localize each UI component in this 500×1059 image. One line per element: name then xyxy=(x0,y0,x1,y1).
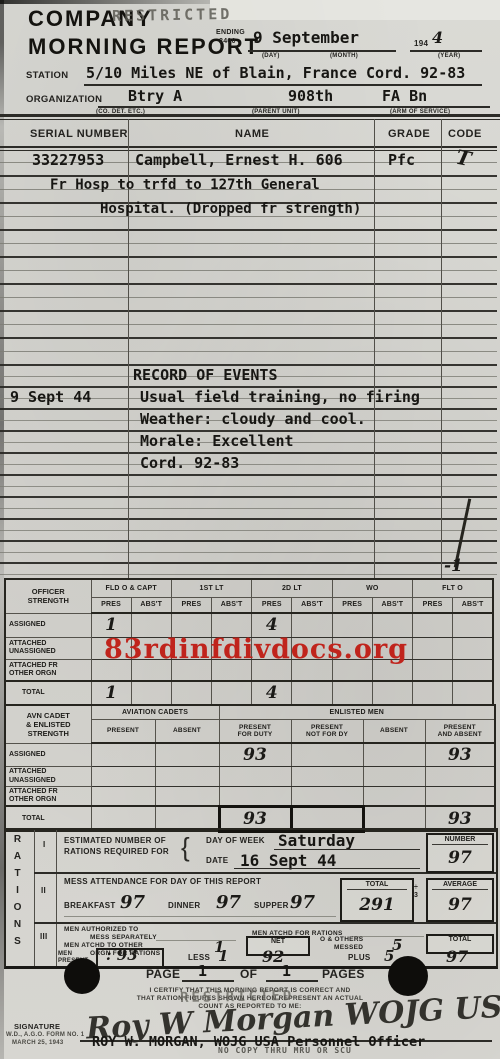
form-id-line-2: MARCH 25, 1943 xyxy=(12,1040,64,1046)
enlisted-value-cell: 93 xyxy=(219,743,291,767)
number-box-value: 97 xyxy=(448,845,472,871)
roster-header-rule xyxy=(0,146,497,148)
row-label-attached-unassigned: ATTACHED UNASSIGNED xyxy=(5,637,91,659)
day-caption: (DAY) xyxy=(262,53,280,59)
entry-remark-line2: Fr Hosp to trfd to 127th General xyxy=(50,177,320,193)
enlisted-value-cell xyxy=(363,743,425,767)
rations-date-underline xyxy=(234,868,420,869)
enlisted-value-cell xyxy=(425,787,495,807)
entry-remark-line3: Hospital. (Dropped fr strength) xyxy=(100,201,361,217)
men-authorized-label-1: MEN AUTHORIZED TO xyxy=(64,926,138,933)
station-label: STATION xyxy=(26,70,68,81)
group-1st-lt: 1ST LT xyxy=(171,579,251,597)
year-digit: 4 xyxy=(432,28,443,47)
enlisted-value-cell xyxy=(155,743,219,767)
breakfast-label: BREAKFAST xyxy=(64,901,116,910)
numeral-i: I xyxy=(43,840,46,849)
column-header-name: NAME xyxy=(235,128,269,140)
station-underline xyxy=(84,84,482,86)
group-2d-lt: 2D LT xyxy=(252,579,332,597)
pages-value: 1 xyxy=(282,962,291,980)
less-label: LESS xyxy=(188,953,210,962)
rations-row-divider-2 xyxy=(34,922,496,924)
mess-attendance-label: MESS ATTENDANCE FOR DAY OF THIS REPORT xyxy=(64,877,261,886)
pres-header: PRES xyxy=(252,597,292,613)
officer-value-cell xyxy=(372,681,412,705)
pages-label: PAGES xyxy=(322,967,365,981)
abst-header: ABS'T xyxy=(292,597,332,613)
page-underline xyxy=(182,980,234,982)
col-present-not-for-dy: PRESENT NOT FOR DY xyxy=(291,719,363,743)
row-label-assigned: ASSIGNED xyxy=(5,613,91,637)
number-box-label: NUMBER xyxy=(432,835,487,845)
o-and-others-label-1: O & OTHERS xyxy=(320,936,363,943)
rations-section: RATIONS I II III ESTIMATED NUMBER OF RAT… xyxy=(4,828,498,969)
organization-label: ORGANIZATION xyxy=(26,94,102,105)
events-line3: Morale: Excellent xyxy=(140,432,294,450)
officer-value-cell xyxy=(453,613,493,637)
row-label-attached-unassigned: ATTACHED UNASSIGNED xyxy=(5,767,91,787)
officer-value-cell xyxy=(453,659,493,681)
brace-glyph: { xyxy=(181,832,190,863)
officer-value-cell xyxy=(171,681,211,705)
station-value: 5/10 Miles NE of Blain, France Cord. 92-… xyxy=(86,64,465,82)
record-of-events-title: RECORD OF EVENTS xyxy=(133,366,278,384)
total-mess-box: TOTAL 291 xyxy=(340,878,414,922)
officer-value-cell xyxy=(453,681,493,705)
row-label-assigned: ASSIGNED xyxy=(5,743,91,767)
col-present: PRESENT xyxy=(91,719,155,743)
column-header-code: CODE xyxy=(448,128,482,140)
enlisted-value-cell xyxy=(91,743,155,767)
officer-value-cell xyxy=(413,637,453,659)
punch-hole-right xyxy=(388,956,428,996)
enlisted-value-cell xyxy=(291,767,363,787)
report-date-value: 9 September xyxy=(253,28,359,47)
officer-value-cell xyxy=(413,613,453,637)
restricted-stamp-top: RESTRICTED xyxy=(112,5,233,25)
row-label-attached-fr-other: ATTACHED FR OTHER ORGN xyxy=(5,787,91,807)
day-of-week-label: DAY OF WEEK xyxy=(206,836,265,845)
enlisted-strength-table: AVN CADET & ENLISTED STRENGTH AVIATION C… xyxy=(4,704,496,833)
morning-report-document: COMPANY RESTRICTED MORNING REPORT ENDING… xyxy=(0,0,500,1059)
pres-header: PRES xyxy=(332,597,372,613)
officer-strength-title: OFFICER STRENGTH xyxy=(5,579,91,613)
ending-label: ENDING xyxy=(216,29,245,36)
header-heavy-rule xyxy=(0,114,500,117)
day-of-week-value: Saturday xyxy=(278,831,355,850)
rations-divider-2 xyxy=(56,830,57,966)
page-label: PAGE xyxy=(146,967,180,981)
divide-by-three: ÷ 3 xyxy=(414,884,418,901)
enlisted-value-cell xyxy=(291,743,363,767)
net-value: 92 xyxy=(262,947,284,966)
officer-value-cell xyxy=(413,681,453,705)
year-caption: (YEAR) xyxy=(438,53,460,59)
punch-hole-left xyxy=(64,958,100,994)
total-box-label: TOTAL xyxy=(347,880,407,890)
column-divider-grade xyxy=(374,119,375,578)
enlisted-value-cell xyxy=(155,787,219,807)
estimated-rations-label-2: RATIONS REQUIRED FOR xyxy=(64,847,169,856)
officer-value-cell: 1 xyxy=(91,681,131,705)
date-underline xyxy=(248,50,396,52)
events-date: 9 Sept 44 xyxy=(10,388,91,406)
org-company-value: Btry A xyxy=(128,87,182,105)
date-label: DATE xyxy=(206,856,228,865)
scan-light-corner xyxy=(210,0,500,20)
rations-total-value: 97 xyxy=(446,947,468,966)
average-box: AVERAGE 97 xyxy=(426,878,494,922)
supper-label: SUPPER xyxy=(254,901,289,910)
watermark-text: 83rdinfdivdocs.org xyxy=(104,634,408,665)
abst-header: ABS'T xyxy=(372,597,412,613)
enlisted-value-cell xyxy=(155,767,219,787)
group-flt-o: FLT O xyxy=(413,579,494,597)
header-thin-rule xyxy=(0,119,500,120)
column-divider-code xyxy=(441,119,442,578)
abst-header: ABS'T xyxy=(212,597,252,613)
breakfast-value: 97 xyxy=(120,892,145,913)
group-fld-o-capt: FLD O & CAPT xyxy=(91,579,171,597)
group-aviation-cadets: AVIATION CADETS xyxy=(91,705,219,719)
group-enlisted-men: ENLISTED MEN xyxy=(219,705,495,719)
enlisted-strength-title: AVN CADET & ENLISTED STRENGTH xyxy=(5,705,91,743)
estimated-rations-label-1: ESTIMATED NUMBER OF xyxy=(64,836,166,845)
pres-header: PRES xyxy=(413,597,453,613)
form-id-line-1: W.D., A.G.O. FORM NO. 1 xyxy=(6,1032,84,1038)
officer-value-cell xyxy=(292,681,332,705)
pres-header: PRES xyxy=(171,597,211,613)
officer-value-cell xyxy=(131,681,171,705)
entry-grade: Pfc xyxy=(388,151,415,169)
scan-edge-top xyxy=(0,0,210,4)
enlisted-value-cell xyxy=(291,787,363,807)
abst-header: ABS'T xyxy=(453,597,493,613)
enlisted-value-cell xyxy=(91,787,155,807)
row-label-total: TOTAL xyxy=(5,681,91,705)
average-box-value: 97 xyxy=(448,890,472,920)
column-header-grade: GRADE xyxy=(388,128,430,140)
events-line2: Weather: cloudy and cool. xyxy=(140,410,366,428)
enlisted-value-cell xyxy=(363,767,425,787)
pres-header: PRES xyxy=(91,597,131,613)
signature-label: SIGNATURE xyxy=(14,1022,60,1031)
dinner-label: DINNER xyxy=(168,901,200,910)
rations-vertical-label: RATIONS xyxy=(12,834,23,962)
of-label: OF xyxy=(240,967,257,981)
dinner-value: 97 xyxy=(216,892,241,913)
group-wo: WO xyxy=(332,579,412,597)
average-box-label: AVERAGE xyxy=(432,880,487,890)
events-line4: Cord. 92-83 xyxy=(140,454,239,472)
men-present-value: : 93 xyxy=(106,946,138,964)
net-box-label: NET xyxy=(271,938,285,945)
rations-total-box-label: TOTAL xyxy=(449,936,472,943)
less-value: 1 xyxy=(218,947,228,965)
col-absent-2: ABSENT xyxy=(363,719,425,743)
col-absent: ABSENT xyxy=(155,719,219,743)
plus-label: PLUS xyxy=(348,953,371,962)
ending-2400-label: 2400 xyxy=(219,38,236,45)
handwritten-margin-note: -1 xyxy=(444,556,463,576)
officer-value-cell xyxy=(332,681,372,705)
day-underline xyxy=(274,849,420,850)
officer-value-cell xyxy=(413,659,453,681)
month-caption: (MONTH) xyxy=(330,53,358,59)
col-present-for-duty: PRESENT FOR DUTY xyxy=(219,719,291,743)
enlisted-value-cell xyxy=(363,787,425,807)
rations-divider-1 xyxy=(34,830,35,966)
col-present-and-absent: PRESENT AND ABSENT xyxy=(425,719,495,743)
mess-underline xyxy=(64,916,336,917)
men-authorized-label-2: MESS SEPARATELY xyxy=(90,934,157,941)
column-header-serial: SERIAL NUMBER xyxy=(30,128,128,140)
total-box-value: 291 xyxy=(359,890,395,920)
abst-header: ABS'T xyxy=(131,597,171,613)
org-arm-value: FA Bn xyxy=(382,87,427,105)
number-box: NUMBER 97 xyxy=(426,833,494,873)
page-value: 1 xyxy=(198,962,207,980)
org-parent-value: 908th xyxy=(288,87,333,105)
enlisted-value-cell xyxy=(219,767,291,787)
o-and-others-label-2: MESSED xyxy=(334,944,363,951)
year-prefix: 194 xyxy=(414,39,428,48)
organization-underline xyxy=(98,106,490,108)
officer-value-cell: 4 xyxy=(252,681,292,705)
enlisted-value-cell xyxy=(91,767,155,787)
enlisted-value-cell xyxy=(219,787,291,807)
enlisted-value-cell xyxy=(425,767,495,787)
officer-value-cell xyxy=(453,637,493,659)
year-underline xyxy=(410,50,482,52)
numeral-iii: III xyxy=(40,932,48,941)
row-label-attached-fr-other: ATTACHED FR OTHER ORGN xyxy=(5,659,91,681)
entry-serial-number: 33227953 xyxy=(32,151,104,169)
enlisted-value-cell: 93 xyxy=(425,743,495,767)
entry-name: Campbell, Ernest H. 606 xyxy=(135,151,343,169)
routing-stamp: NO COPY THRU MRU OR SCU xyxy=(218,1046,352,1055)
events-line1: Usual field training, no firing xyxy=(140,388,420,406)
supper-value: 97 xyxy=(290,892,315,913)
pages-underline xyxy=(266,980,318,982)
numeral-ii: II xyxy=(41,886,46,895)
officer-value-cell xyxy=(212,681,252,705)
